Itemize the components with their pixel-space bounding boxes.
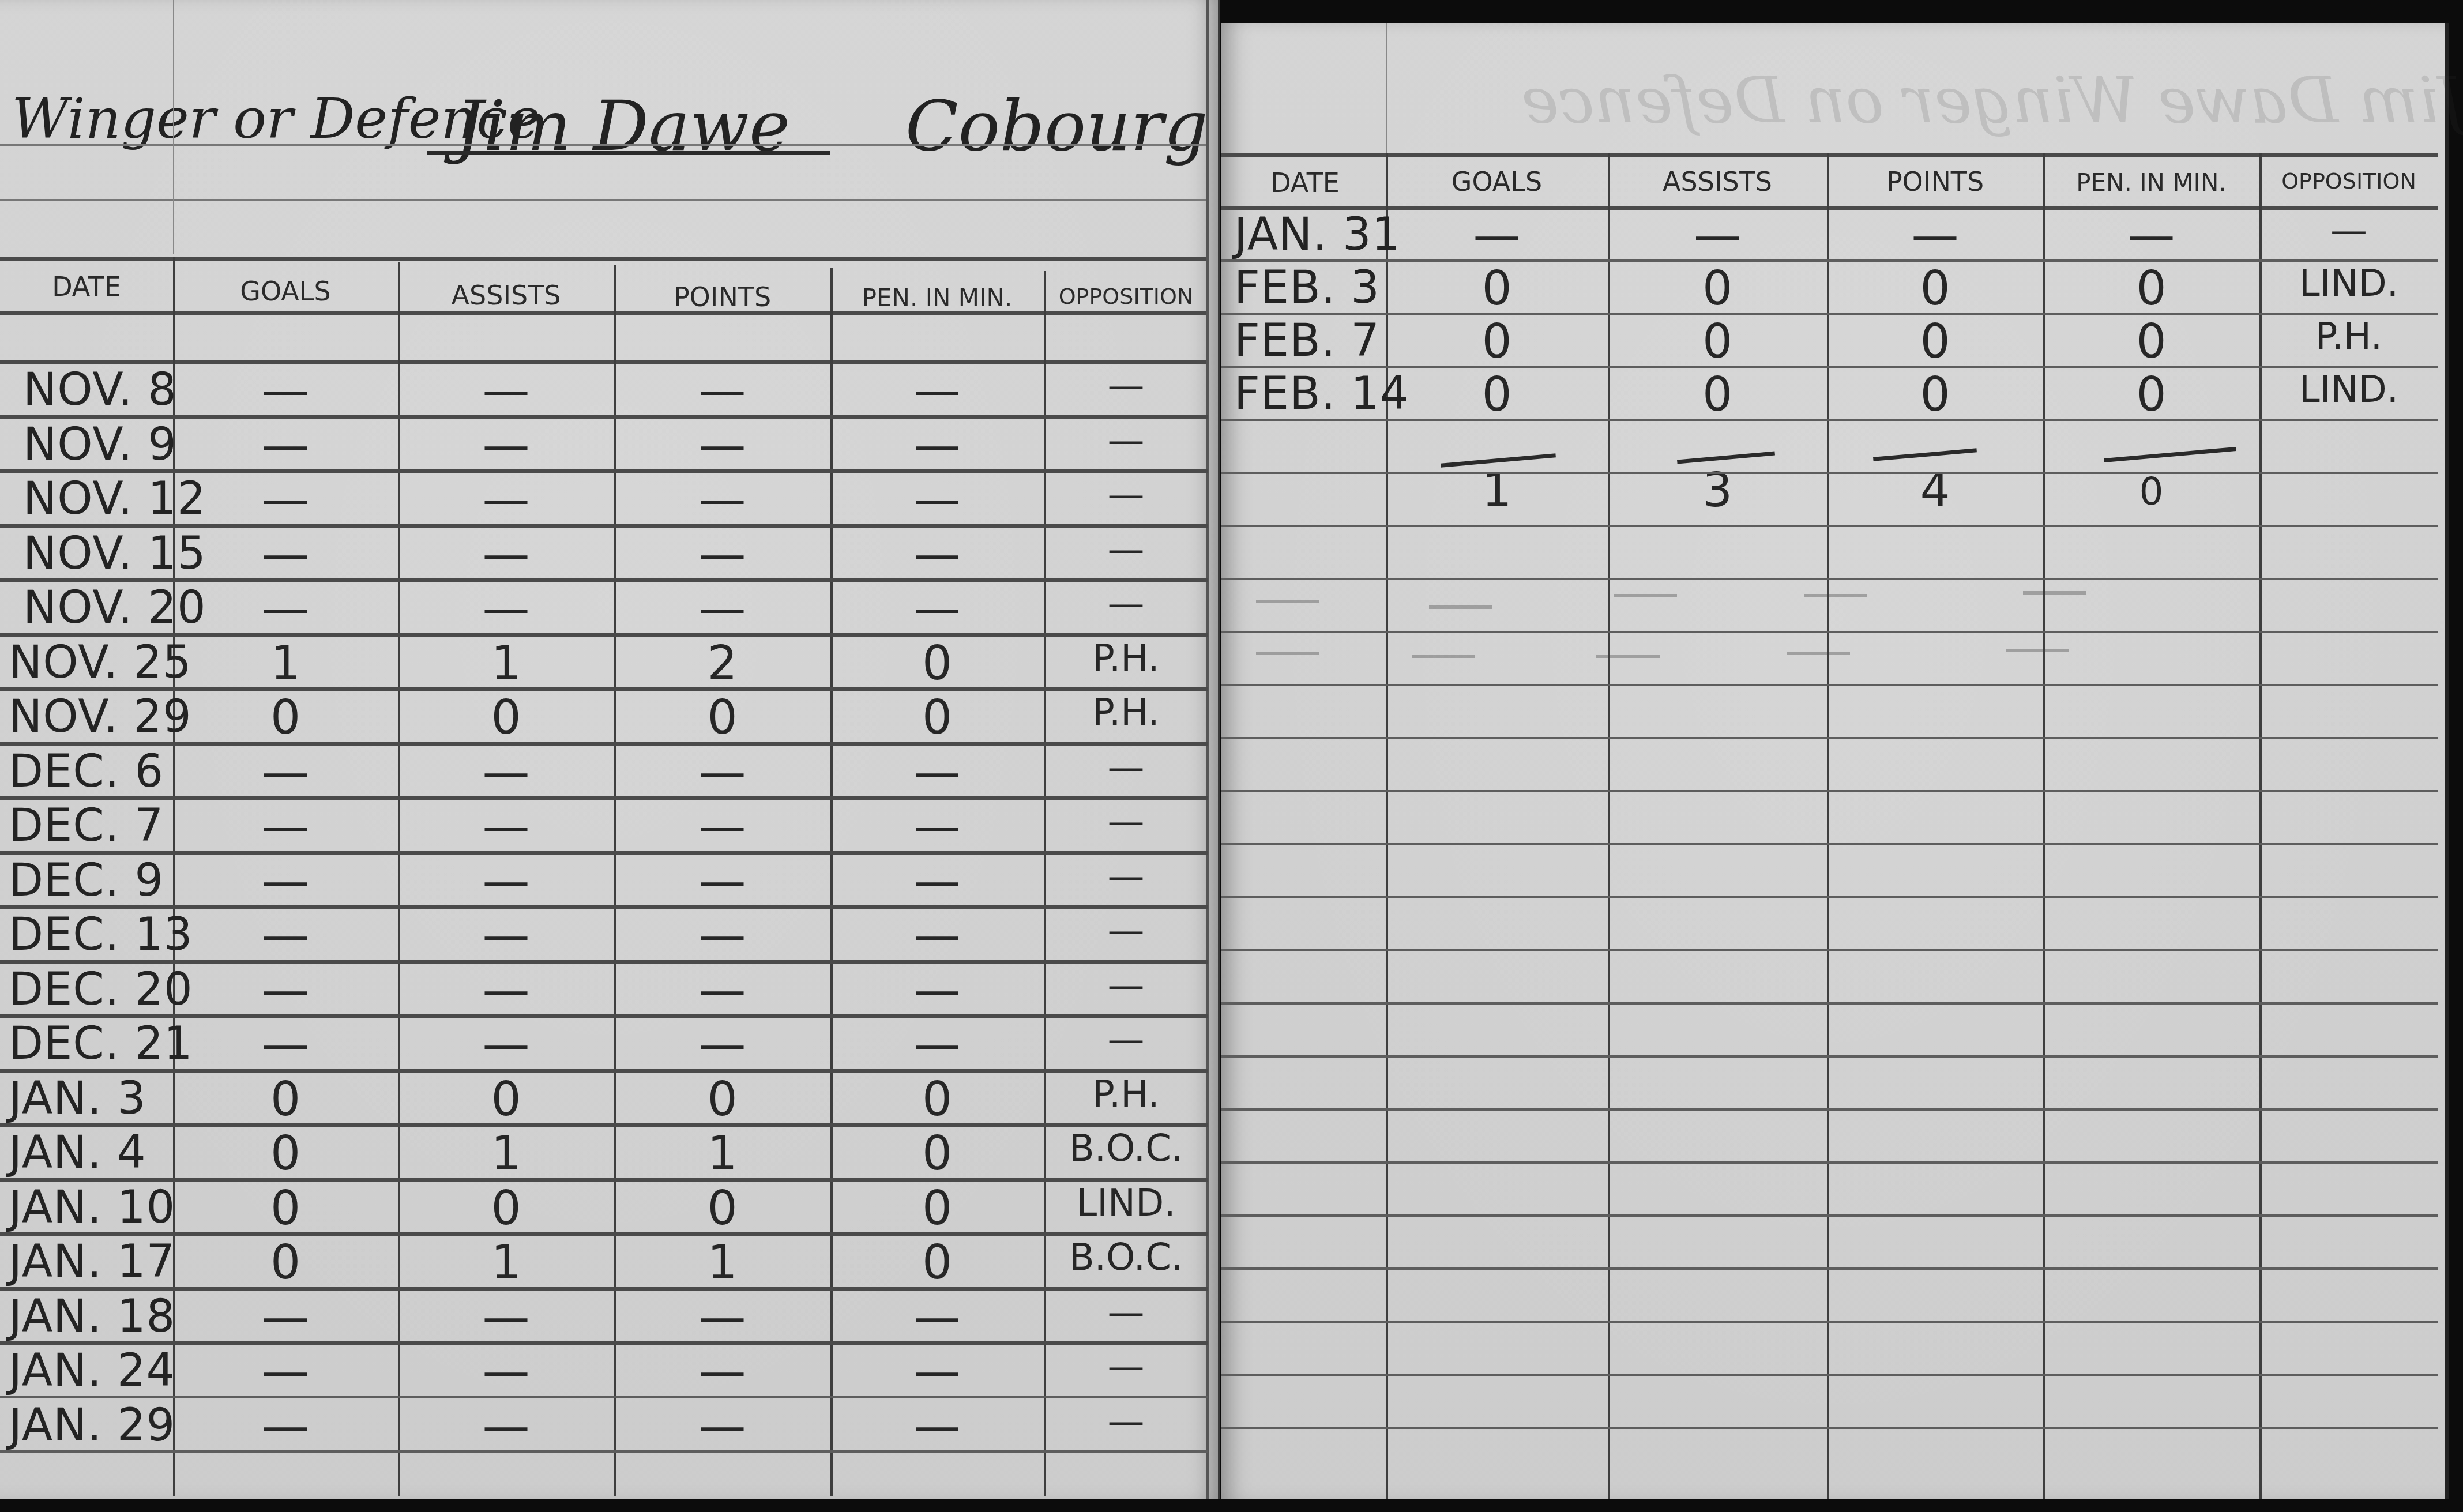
header-top-rule [0, 257, 1208, 261]
opposition-cell: — [1044, 585, 1208, 622]
opposition-cell: — [1044, 476, 1208, 513]
row-rule [1221, 737, 2438, 739]
points-cell: — [614, 1403, 830, 1450]
pim-cell: — [2043, 212, 2259, 259]
pim-cell: — [830, 1403, 1044, 1450]
assists-cell: — [1608, 212, 1827, 259]
points-cell: — [614, 1021, 830, 1069]
title-rule-2 [0, 199, 1208, 201]
opposition-cell: — [1044, 912, 1208, 949]
points-cell: — [614, 422, 830, 469]
assists-cell: — [398, 1294, 614, 1341]
assists-cell: 1 [398, 640, 614, 687]
column-header-date: DATE [1227, 167, 1383, 198]
goals-cell: — [173, 912, 398, 960]
date-cell: JAN. 29 [9, 1403, 175, 1448]
points-cell: 1 [614, 1239, 830, 1287]
date-cell: DEC. 7 [9, 803, 164, 848]
row-rule [0, 1232, 1208, 1236]
row-rule [1221, 631, 2438, 633]
opposition-cell: — [1044, 749, 1208, 786]
total-goals: 1 [1386, 467, 1608, 514]
date-cell: NOV. 8 [23, 367, 177, 412]
date-cell: DEC. 21 [9, 1021, 193, 1066]
totals-rule-pim [2104, 447, 2236, 462]
goals-cell: — [1386, 212, 1608, 259]
pim-cell: — [830, 803, 1044, 851]
points-cell: — [614, 1348, 830, 1396]
column-header-pim: PEN. IN MIN. [830, 284, 1044, 312]
assists-cell: — [398, 476, 614, 524]
opposition-cell: LIND. [1044, 1185, 1208, 1222]
assists-cell: — [398, 749, 614, 796]
goals-cell: — [173, 422, 398, 469]
opposition-cell: LIND. [2259, 371, 2438, 408]
pim-cell: — [830, 1021, 1044, 1069]
pim-cell: — [830, 749, 1044, 796]
opposition-cell: LIND. [2259, 265, 2438, 302]
pim-cell: 0 [830, 1130, 1044, 1178]
date-cell: FEB. 3 [1234, 265, 1380, 310]
total-points: 4 [1827, 467, 2043, 514]
points-cell: 0 [1827, 265, 2043, 313]
assists-cell: — [398, 367, 614, 415]
date-cell: DEC. 13 [9, 912, 193, 957]
faint-pencil-mark [1256, 652, 1319, 655]
pim-cell: — [830, 531, 1044, 578]
total-pim: 0 [2043, 473, 2259, 511]
points-cell: 1 [614, 1130, 830, 1178]
pim-cell: — [830, 858, 1044, 905]
opposition-cell: — [1044, 967, 1208, 1004]
goals-cell: — [173, 1021, 398, 1069]
column-header-pim: PEN. IN MIN. [2043, 168, 2259, 197]
column-header-assists: ASSISTS [1608, 166, 1827, 197]
pim-cell: — [830, 476, 1044, 524]
row-rule [0, 1341, 1208, 1345]
opposition-cell: — [1044, 803, 1208, 840]
row-rule [1221, 1214, 2438, 1217]
date-cell: JAN. 10 [9, 1185, 175, 1230]
opposition-cell: P.H. [1044, 640, 1208, 677]
row-rule [1221, 896, 2438, 898]
opposition-cell: — [1044, 1294, 1208, 1331]
pim-cell: — [830, 912, 1044, 960]
assists-cell: — [398, 803, 614, 851]
date-cell: DEC. 6 [9, 749, 164, 794]
assists-cell: — [398, 531, 614, 578]
pim-cell: 0 [830, 1185, 1044, 1232]
opposition-cell: B.O.C. [1044, 1239, 1208, 1276]
goals-cell: — [173, 1403, 398, 1450]
pim-cell: 0 [830, 1076, 1044, 1123]
opposition-cell: — [1044, 367, 1208, 404]
goals-cell: — [173, 803, 398, 851]
points-cell: — [614, 1294, 830, 1341]
goals-cell: 1 [173, 640, 398, 687]
bleed-through-title: Cobourg Jim Dawe Winger on Defence [1521, 63, 2463, 137]
goals-cell: 0 [173, 1130, 398, 1178]
column-header-date: DATE [17, 271, 156, 302]
row-rule [0, 1396, 1208, 1398]
margin-line [173, 0, 174, 254]
date-cell: JAN. 4 [9, 1130, 146, 1175]
goals-cell: 0 [173, 1185, 398, 1232]
faint-pencil-mark [2006, 649, 2069, 652]
points-cell: — [614, 367, 830, 415]
row-rule [1221, 1002, 2438, 1005]
goals-cell: — [173, 858, 398, 905]
points-cell: — [614, 803, 830, 851]
total-assists: 3 [1608, 467, 1827, 514]
opposition-cell: — [1044, 422, 1208, 459]
pim-cell: — [830, 1294, 1044, 1341]
row-rule [0, 1450, 1208, 1453]
goals-cell: 0 [173, 1239, 398, 1287]
row-rule [0, 1123, 1208, 1127]
pim-cell: — [830, 967, 1044, 1014]
goals-cell: 0 [1386, 265, 1608, 313]
assists-cell: — [398, 1021, 614, 1069]
points-cell: — [614, 967, 830, 1014]
goals-cell: 0 [1386, 371, 1608, 419]
opposition-cell: — [1044, 531, 1208, 568]
row-rule [1221, 1108, 2438, 1111]
row-rule [1221, 684, 2438, 686]
points-cell: 2 [614, 640, 830, 687]
row-rule [1221, 1427, 2438, 1429]
assists-cell: 0 [398, 1076, 614, 1123]
column-header-assists: ASSISTS [398, 280, 614, 311]
row-rule [0, 851, 1208, 855]
row-rule [1221, 790, 2438, 792]
column-header-points: POINTS [1827, 166, 2043, 197]
date-cell: JAN. 24 [9, 1348, 175, 1393]
header-bottom-rule [1221, 206, 2438, 210]
assists-cell: 0 [1608, 318, 1827, 366]
blank-row-rule [0, 360, 1208, 364]
date-cell: NOV. 9 [23, 422, 177, 467]
faint-pencil-mark [2023, 591, 2086, 595]
goals-cell: 0 [173, 694, 398, 742]
points-cell: — [614, 749, 830, 796]
date-cell: FEB. 14 [1234, 371, 1409, 416]
column-header-opposition: OPPOSITION [2259, 168, 2438, 194]
points-cell: — [614, 912, 830, 960]
row-rule [1221, 1374, 2438, 1376]
faint-pencil-mark [1787, 652, 1850, 655]
assists-cell: 1 [398, 1130, 614, 1178]
assists-cell: 1 [398, 1239, 614, 1287]
row-rule [1221, 525, 2438, 527]
opposition-cell: B.O.C. [1044, 1130, 1208, 1167]
date-cell: DEC. 20 [9, 967, 193, 1012]
goals-cell: — [173, 476, 398, 524]
opposition-cell: P.H. [1044, 1076, 1208, 1113]
right-page: Cobourg Jim Dawe Winger on Defence DATE … [1221, 23, 2449, 1499]
goals-cell: 0 [173, 1076, 398, 1123]
row-rule [0, 1178, 1208, 1182]
opposition-cell: P.H. [2259, 318, 2438, 355]
assists-cell: 0 [1608, 265, 1827, 313]
row-rule [1221, 1267, 2438, 1270]
date-cell: NOV. 25 [9, 640, 192, 685]
assists-cell: — [398, 422, 614, 469]
pim-cell: — [830, 422, 1044, 469]
assists-cell: — [398, 1348, 614, 1396]
row-rule [1221, 1161, 2438, 1164]
goals-cell: — [173, 967, 398, 1014]
pim-cell: 0 [830, 1239, 1044, 1287]
opposition-cell: — [1044, 1348, 1208, 1385]
points-cell: — [614, 531, 830, 578]
date-cell: JAN. 18 [9, 1294, 175, 1339]
header-bottom-rule [0, 311, 1208, 315]
row-rule [0, 796, 1208, 800]
row-rule [1221, 1321, 2438, 1323]
faint-pencil-mark [1804, 594, 1867, 597]
pim-cell: — [830, 367, 1044, 415]
assists-cell: 0 [1608, 371, 1827, 419]
date-cell: JAN. 17 [9, 1239, 175, 1284]
totals-rule-points [1873, 448, 1977, 461]
opposition-cell: P.H. [1044, 694, 1208, 731]
pim-cell: 0 [2043, 371, 2259, 419]
row-rule [1221, 949, 2438, 951]
faint-pencil-mark [1429, 605, 1492, 609]
goals-cell: — [173, 367, 398, 415]
row-rule [1221, 578, 2438, 580]
points-cell: — [614, 858, 830, 905]
assists-cell: — [398, 1403, 614, 1450]
column-header-goals: GOALS [1386, 166, 1608, 197]
pim-cell: 0 [2043, 265, 2259, 313]
points-cell: 0 [1827, 371, 2043, 419]
faint-pencil-mark [1596, 655, 1660, 658]
faint-pencil-mark [1614, 594, 1677, 597]
column-header-goals: GOALS [173, 276, 398, 307]
row-rule [1221, 259, 2438, 262]
assists-cell: — [398, 967, 614, 1014]
date-cell: FEB. 7 [1234, 318, 1380, 363]
date-cell: NOV. 29 [9, 694, 192, 739]
points-cell: 0 [1827, 318, 2043, 366]
column-header-points: POINTS [614, 281, 830, 313]
goals-cell: — [173, 749, 398, 796]
pim-cell: 0 [830, 694, 1044, 742]
totals-rule-assists [1677, 452, 1775, 464]
team-name: Cobourg [905, 86, 1208, 167]
goals-cell: — [173, 531, 398, 578]
pim-cell: 0 [2043, 318, 2259, 366]
goals-cell: — [173, 1348, 398, 1396]
assists-cell: — [398, 912, 614, 960]
pim-cell: — [830, 1348, 1044, 1396]
pim-cell: 0 [830, 640, 1044, 687]
row-rule [1221, 1055, 2438, 1058]
row-rule [0, 1287, 1208, 1291]
faint-pencil-mark [1412, 655, 1475, 658]
assists-cell: — [398, 858, 614, 905]
points-cell: — [1827, 212, 2043, 259]
date-cell: JAN. 3 [9, 1076, 146, 1121]
row-rule [0, 415, 1208, 419]
row-rule [1221, 843, 2438, 845]
opposition-cell: — [1044, 858, 1208, 895]
left-page: Winger or Defence Jim Dawe Cobourg DATE … [0, 0, 1220, 1499]
date-cell: DEC. 9 [9, 858, 164, 903]
goals-cell: 0 [1386, 318, 1608, 366]
points-cell: — [614, 476, 830, 524]
goals-cell: — [173, 585, 398, 633]
opposition-cell: — [2259, 212, 2438, 249]
opposition-cell: — [1044, 1021, 1208, 1058]
assists-cell: — [398, 585, 614, 633]
assists-cell: 0 [398, 694, 614, 742]
goals-cell: — [173, 1294, 398, 1341]
row-rule [1221, 472, 2438, 474]
player-name-underline [427, 151, 830, 155]
points-cell: — [614, 585, 830, 633]
faint-pencil-mark [1256, 600, 1319, 603]
opposition-cell: — [1044, 1403, 1208, 1440]
points-cell: 0 [614, 1076, 830, 1123]
title-rule [0, 144, 1208, 146]
date-cell: JAN. 31 [1234, 212, 1401, 257]
column-header-opposition: OPPOSITION [1044, 284, 1208, 309]
header-top-rule [1221, 153, 2438, 157]
assists-cell: 0 [398, 1185, 614, 1232]
row-rule [1221, 313, 2438, 315]
pim-cell: — [830, 585, 1044, 633]
points-cell: 0 [614, 1185, 830, 1232]
points-cell: 0 [614, 694, 830, 742]
